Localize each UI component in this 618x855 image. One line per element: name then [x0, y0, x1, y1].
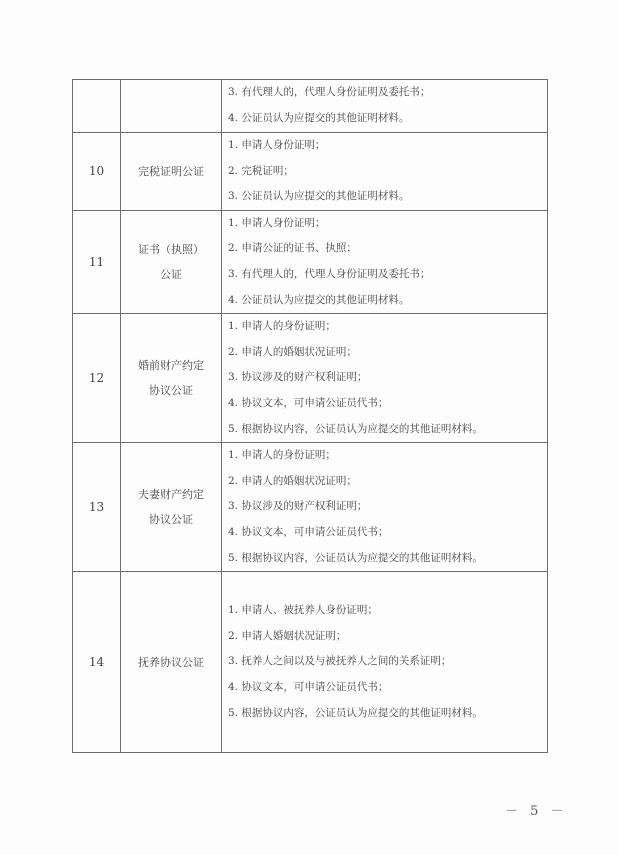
material-item: 1. 申请人的身份证明； — [228, 443, 547, 469]
notary-item: 夫妻财产约定 协议公证 — [121, 443, 222, 572]
material-item: 3. 抚养人之间以及与被抚养人之间的关系证明； — [228, 649, 547, 675]
material-item: 3. 协议涉及的财产权利证明； — [228, 365, 547, 391]
material-item: 5. 根据协议内容，公证员认为应提交的其他证明材料。 — [228, 417, 547, 443]
required-materials: 1. 申请人的身份证明； 2. 申请人的婚姻状况证明； 3. 协议涉及的财产权利… — [222, 443, 548, 572]
material-item: 3. 有代理人的，代理人身份证明及委托书； — [228, 262, 547, 288]
material-item: 4. 协议文本，可申请公证员代书； — [228, 391, 547, 417]
material-item: 4. 公证员认为应提交的其他证明材料。 — [228, 288, 547, 314]
notary-item-line: 公证 — [121, 262, 221, 287]
material-item: 5. 根据协议内容，公证员认为应提交的其他证明材料。 — [228, 546, 547, 572]
material-item: 2. 申请人的婚姻状况证明； — [228, 469, 547, 495]
required-materials: 1. 申请人身份证明； 2. 完税证明； 3. 公证员认为应提交的其他证明材料。 — [222, 133, 548, 211]
page-number: － 5 － — [505, 800, 568, 819]
row-number: 14 — [73, 572, 121, 753]
notary-item: 完税证明公证 — [121, 133, 222, 211]
notary-materials-table: 3. 有代理人的，代理人身份证明及委托书； 4. 公证员认为应提交的其他证明材料… — [72, 79, 548, 753]
material-item: 5. 根据协议内容，公证员认为应提交的其他证明材料。 — [228, 701, 547, 727]
notary-item-line: 协议公证 — [121, 507, 221, 532]
notary-item-line: 婚前财产约定 — [121, 353, 221, 378]
material-item: 2. 完税证明； — [228, 159, 547, 185]
material-item: 3. 协议涉及的财产权利证明； — [228, 494, 547, 520]
table-row: 13 夫妻财产约定 协议公证 1. 申请人的身份证明； 2. 申请人的婚姻状况证… — [73, 443, 548, 572]
notary-item-line: 抚养协议公证 — [121, 650, 221, 675]
notary-item: 证书（执照） 公证 — [121, 210, 222, 313]
material-item: 4. 公证员认为应提交的其他证明材料。 — [228, 106, 547, 132]
material-item: 4. 协议文本，可申请公证员代书； — [228, 675, 547, 701]
material-item: 3. 公证员认为应提交的其他证明材料。 — [228, 184, 547, 210]
required-materials: 1. 申请人身份证明； 2. 申请公证的证书、执照； 3. 有代理人的，代理人身… — [222, 210, 548, 313]
material-item: 1. 申请人身份证明； — [228, 211, 547, 237]
required-materials: 1. 申请人、被抚养人身份证明； 2. 申请人婚姻状况证明； 3. 抚养人之间以… — [222, 572, 548, 753]
notary-item-line: 证书（执照） — [121, 237, 221, 262]
row-number — [73, 80, 121, 133]
row-number: 10 — [73, 133, 121, 211]
material-item: 1. 申请人身份证明； — [228, 133, 547, 159]
material-item: 1. 申请人、被抚养人身份证明； — [228, 598, 547, 624]
notary-item: 婚前财产约定 协议公证 — [121, 314, 222, 443]
notary-item — [121, 80, 222, 133]
table-row: 11 证书（执照） 公证 1. 申请人身份证明； 2. 申请公证的证书、执照； … — [73, 210, 548, 313]
notary-item: 抚养协议公证 — [121, 572, 222, 753]
table-row: 10 完税证明公证 1. 申请人身份证明； 2. 完税证明； 3. 公证员认为应… — [73, 133, 548, 211]
material-item: 2. 申请人的婚姻状况证明； — [228, 340, 547, 366]
document-page: 3. 有代理人的，代理人身份证明及委托书； 4. 公证员认为应提交的其他证明材料… — [0, 0, 618, 855]
notary-item-line: 完税证明公证 — [121, 159, 221, 184]
material-item: 3. 有代理人的，代理人身份证明及委托书； — [228, 80, 547, 106]
table-row: 14 抚养协议公证 1. 申请人、被抚养人身份证明； 2. 申请人婚姻状况证明；… — [73, 572, 548, 753]
material-item: 2. 申请公证的证书、执照； — [228, 236, 547, 262]
notary-item-line: 夫妻财产约定 — [121, 482, 221, 507]
material-item: 4. 协议文本，可申请公证员代书； — [228, 520, 547, 546]
row-number: 12 — [73, 314, 121, 443]
row-number: 13 — [73, 443, 121, 572]
table-row: 3. 有代理人的，代理人身份证明及委托书； 4. 公证员认为应提交的其他证明材料… — [73, 80, 548, 133]
table-row: 12 婚前财产约定 协议公证 1. 申请人的身份证明； 2. 申请人的婚姻状况证… — [73, 314, 548, 443]
row-number: 11 — [73, 210, 121, 313]
material-item: 2. 申请人婚姻状况证明； — [228, 624, 547, 650]
notary-item-line: 协议公证 — [121, 378, 221, 403]
required-materials: 3. 有代理人的，代理人身份证明及委托书； 4. 公证员认为应提交的其他证明材料… — [222, 80, 548, 133]
material-item: 1. 申请人的身份证明； — [228, 314, 547, 340]
required-materials: 1. 申请人的身份证明； 2. 申请人的婚姻状况证明； 3. 协议涉及的财产权利… — [222, 314, 548, 443]
